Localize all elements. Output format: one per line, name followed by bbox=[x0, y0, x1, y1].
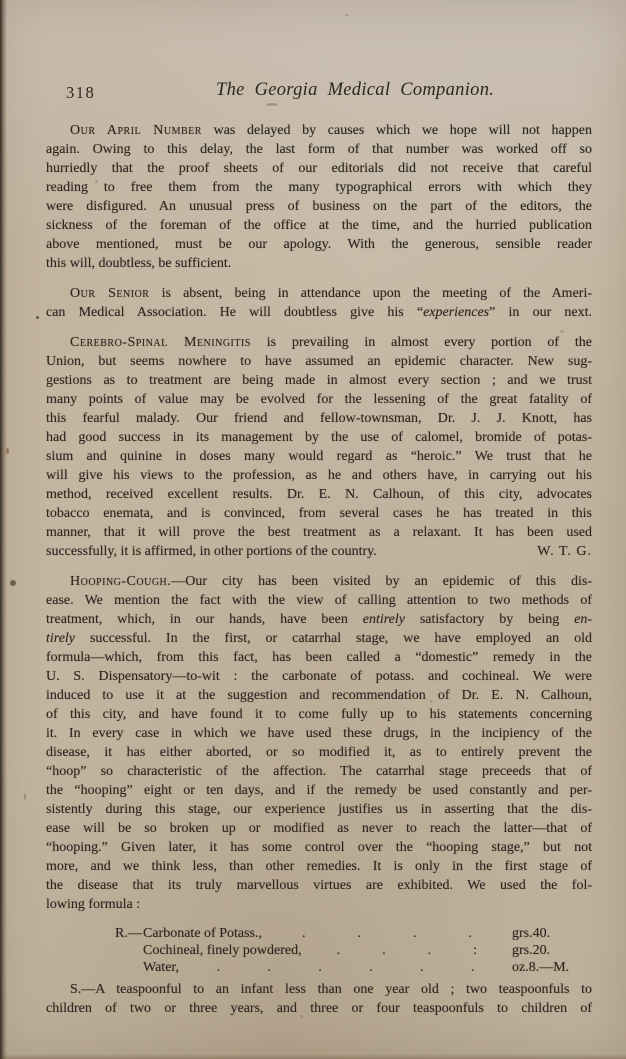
text-line: tobacco enemata, and is convinced, from … bbox=[46, 504, 592, 523]
dot-leader: . bbox=[471, 959, 475, 976]
text-line: had good success in its management by th… bbox=[46, 428, 592, 447]
text-line: gestions as to treatment are being made … bbox=[46, 371, 592, 390]
dot-leader: . bbox=[428, 942, 432, 959]
formula-ingredient: Cochineal, finely powdered, bbox=[143, 942, 302, 959]
small-caps-lead: Hooping-Cough. bbox=[70, 574, 171, 589]
body-text: children of two or three years, and thre… bbox=[46, 1001, 592, 1016]
body-text: this fearful malady. Our friend and fell… bbox=[46, 411, 592, 426]
dot-leader: . bbox=[268, 959, 272, 976]
body-text: many points of value may be evolved for … bbox=[46, 392, 592, 407]
body-text: tobacco enemata, and is convinced, from … bbox=[46, 506, 592, 521]
text-line: children of two or three years, and thre… bbox=[46, 999, 592, 1018]
text-line: the disease that its truly marvellous vi… bbox=[46, 876, 592, 895]
body-text: sistently during this stage, our experie… bbox=[46, 802, 592, 817]
dot-leader: . bbox=[369, 959, 373, 976]
body-text: the “hooping” eight or ten days, and if … bbox=[46, 783, 592, 798]
body-text: ease will be so broken up or modified as… bbox=[46, 821, 592, 836]
text-line: Cerebro-Spinal Meningitis is prevailing … bbox=[46, 333, 592, 352]
dot-leader: . bbox=[302, 925, 306, 942]
text-line: treatment, which, in our hands, have bee… bbox=[46, 610, 592, 629]
dot-leader: . bbox=[337, 942, 341, 959]
page-header: 318 The Georgia Medical Companion. bbox=[0, 80, 626, 104]
formula-ingredient: Carbonate of Potass., bbox=[143, 925, 262, 942]
body-text: will give his views to the profession, a… bbox=[46, 468, 592, 483]
text-line: more, and we think less, than other reme… bbox=[46, 857, 592, 876]
dot-leader: . bbox=[357, 925, 361, 942]
text-line: method, received excellent results. Dr. … bbox=[46, 485, 592, 504]
text-line: formula—which, from this fact, has been … bbox=[46, 648, 592, 667]
text-line: Union, but seems nowhere to have assumed… bbox=[46, 352, 592, 371]
text-line: can Medical Association. He will doubtle… bbox=[46, 303, 592, 322]
text-line: successfully, it is affirmed, in other p… bbox=[46, 542, 592, 561]
paragraph-our-senior: Our Senior is absent, being in attendanc… bbox=[46, 284, 592, 322]
journal-title: The Georgia Medical Companion. bbox=[216, 80, 494, 101]
body-text: successfully, it is affirmed, in other p… bbox=[46, 544, 377, 559]
text-line: this fearful malady. Our friend and fell… bbox=[46, 409, 592, 428]
small-caps-lead: Our April Number bbox=[70, 123, 202, 138]
text-line: reading to free them from the many typog… bbox=[46, 178, 592, 197]
body-text: were disfigured. An unusual press of bus… bbox=[46, 199, 592, 214]
text-line: Our April Number was delayed by causes w… bbox=[46, 121, 592, 140]
dot-leader: . bbox=[382, 942, 386, 959]
body-text: had good success in its management by th… bbox=[46, 430, 592, 445]
formula-quantity: oz.8.—M. bbox=[512, 959, 592, 976]
formula-quantity: grs.40. bbox=[512, 925, 592, 942]
text-line: U. S. Dispensatory—to-wit : the carbonat… bbox=[46, 667, 592, 686]
paper-speck bbox=[300, 1015, 303, 1018]
text-line: disease, it has either aborted, or so mo… bbox=[46, 743, 592, 762]
body-text: of this city, and have found it to come … bbox=[46, 707, 592, 722]
text-line: sistently during this stage, our experie… bbox=[46, 800, 592, 819]
formula-dot-leaders: ...... bbox=[179, 959, 512, 976]
paper-speck bbox=[430, 700, 433, 703]
text-line: this will, doubtless, be sufficient. bbox=[46, 254, 592, 273]
body-text: “hoop” so characteristic of the affectio… bbox=[46, 764, 592, 779]
paper-speck bbox=[36, 316, 39, 319]
paper-speck bbox=[560, 330, 564, 333]
text-line: ease will be so broken up or modified as… bbox=[46, 819, 592, 838]
text-line: sium and quinine in doses many would reg… bbox=[46, 447, 592, 466]
page-left-edge-shadow bbox=[0, 0, 7, 1059]
text-line: Our Senior is absent, being in attendanc… bbox=[46, 284, 592, 303]
text-line: sickness of the foreman of the office at… bbox=[46, 216, 592, 235]
body-text: was delayed by causes which we hope will… bbox=[202, 123, 592, 138]
paragraph-hooping-cough: Hooping-Cough.—Our city has been visited… bbox=[46, 572, 592, 914]
italic-text: entirely bbox=[363, 612, 405, 627]
body-text: is prevailing in almost every portion of… bbox=[251, 335, 592, 350]
paper-speck bbox=[345, 14, 349, 16]
text-line: ease. We mention the fact with the view … bbox=[46, 591, 592, 610]
italic-text: experiences bbox=[423, 305, 489, 320]
text-line: above mentioned, must be our apology. Wi… bbox=[46, 235, 592, 254]
body-text: the disease that its truly marvellous vi… bbox=[46, 878, 592, 893]
body-text: treatment, which, in our hands, have bee… bbox=[46, 612, 363, 627]
text-line: lowing formula : bbox=[46, 895, 592, 914]
body-text: Union, but seems nowhere to have assumed… bbox=[46, 354, 592, 369]
body-text: lowing formula : bbox=[46, 897, 140, 912]
dot-leader: : bbox=[473, 942, 477, 959]
dot-leader: . bbox=[318, 959, 322, 976]
dot-leader: . bbox=[420, 959, 424, 976]
paper-speck bbox=[95, 180, 98, 183]
body-text: this will, doubtless, be sufficient. bbox=[46, 256, 231, 271]
body-text: can Medical Association. He will doubtle… bbox=[46, 305, 423, 320]
body-text: ease. We mention the fact with the view … bbox=[46, 593, 592, 608]
body-text: disease, it has either aborted, or so mo… bbox=[46, 745, 592, 760]
dot-leader: . bbox=[468, 925, 472, 942]
text-line: “hooping.” Given later, it has some cont… bbox=[46, 838, 592, 857]
text-line: again. Owing to this delay, the last for… bbox=[46, 140, 592, 159]
dot-leader: . bbox=[217, 959, 221, 976]
paper-speck bbox=[10, 580, 16, 586]
body-text: above mentioned, must be our apology. Wi… bbox=[46, 237, 592, 252]
body-text: more, and we think less, than other reme… bbox=[46, 859, 592, 874]
body-text: S.—A teaspoonful to an infant less than … bbox=[70, 982, 592, 997]
text-line: S.—A teaspoonful to an infant less than … bbox=[46, 980, 592, 999]
paragraph-april-number: Our April Number was delayed by causes w… bbox=[46, 121, 592, 273]
body-text: hurriedly that the proof sheets of our e… bbox=[46, 161, 592, 176]
text-line: of this city, and have found it to come … bbox=[46, 705, 592, 724]
body-text: gestions as to treatment are being made … bbox=[46, 373, 592, 388]
page-bottom-edge-shadow bbox=[0, 1054, 626, 1059]
body-text: again. Owing to this delay, the last for… bbox=[46, 142, 592, 157]
body-text: sium and quinine in doses many would reg… bbox=[46, 449, 592, 464]
text-line: it. In every case in which we have used … bbox=[46, 724, 592, 743]
body-text: formula—which, from this fact, has been … bbox=[46, 650, 592, 665]
text-line: were disfigured. An unusual press of bus… bbox=[46, 197, 592, 216]
formula-prefix: R.— bbox=[115, 925, 143, 942]
text-line: “hoop” so characteristic of the affectio… bbox=[46, 762, 592, 781]
body-text: successful. In the first, or catarrhal s… bbox=[75, 631, 592, 646]
formula-row: R.—Carbonate of Potass.,....grs.40. bbox=[115, 925, 592, 942]
text-line: will give his views to the profession, a… bbox=[46, 466, 592, 485]
scanned-page: 318 The Georgia Medical Companion. Our A… bbox=[0, 0, 626, 1059]
body-text: method, received excellent results. Dr. … bbox=[46, 487, 592, 502]
formula-dot-leaders: ...: bbox=[302, 942, 512, 959]
body-text: is absent, being in attendance upon the … bbox=[149, 286, 592, 301]
formula-ingredient: Water, bbox=[143, 959, 179, 976]
body-text: “hooping.” Given later, it has some cont… bbox=[46, 840, 592, 855]
body-text: satisfactory by being bbox=[405, 612, 574, 627]
italic-text: en- bbox=[574, 612, 592, 627]
prescription-formula: R.—Carbonate of Potass.,....grs.40.Cochi… bbox=[46, 925, 592, 976]
text-line: tirely successful. In the first, or cata… bbox=[46, 629, 592, 648]
signature: W. T. G. bbox=[537, 542, 592, 561]
paper-speck bbox=[6, 448, 9, 454]
text-line: manner, that it will prove the best trea… bbox=[46, 523, 592, 542]
body-text: ” in our next. bbox=[489, 305, 592, 320]
body-text: manner, that it will prove the best trea… bbox=[46, 525, 592, 540]
formula-quantity: grs.20. bbox=[512, 942, 592, 959]
paragraph-dosage-note: S.—A teaspoonful to an infant less than … bbox=[46, 980, 592, 1018]
paper-speck bbox=[266, 103, 278, 106]
text-line: hurriedly that the proof sheets of our e… bbox=[46, 159, 592, 178]
text-line: Hooping-Cough.—Our city has been visited… bbox=[46, 572, 592, 591]
article-body: Our April Number was delayed by causes w… bbox=[46, 121, 592, 1029]
page-number: 318 bbox=[66, 83, 95, 103]
text-line: many points of value may be evolved for … bbox=[46, 390, 592, 409]
italic-text: tirely bbox=[46, 631, 75, 646]
body-text: induced to use it at the suggestion and … bbox=[46, 688, 592, 703]
text-line: the “hooping” eight or ten days, and if … bbox=[46, 781, 592, 800]
text-line: induced to use it at the suggestion and … bbox=[46, 686, 592, 705]
body-text: —Our city has been visited by an epidemi… bbox=[171, 574, 592, 589]
formula-row: Water,......oz.8.—M. bbox=[115, 959, 592, 976]
small-caps-lead: Our Senior bbox=[70, 286, 149, 301]
paragraph-cerebro-spinal-meningitis: Cerebro-Spinal Meningitis is prevailing … bbox=[46, 333, 592, 561]
formula-dot-leaders: .... bbox=[262, 925, 512, 942]
body-text: it. In every case in which we have used … bbox=[46, 726, 592, 741]
body-text: U. S. Dispensatory—to-wit : the carbonat… bbox=[46, 669, 592, 684]
small-caps-lead: Cerebro-Spinal Meningitis bbox=[70, 335, 251, 350]
paper-speck bbox=[24, 793, 26, 800]
body-text: sickness of the foreman of the office at… bbox=[46, 218, 592, 233]
dot-leader: . bbox=[413, 925, 417, 942]
formula-row: Cochineal, finely powdered,...:grs.20. bbox=[115, 942, 592, 959]
body-text: reading to free them from the many typog… bbox=[46, 180, 592, 195]
